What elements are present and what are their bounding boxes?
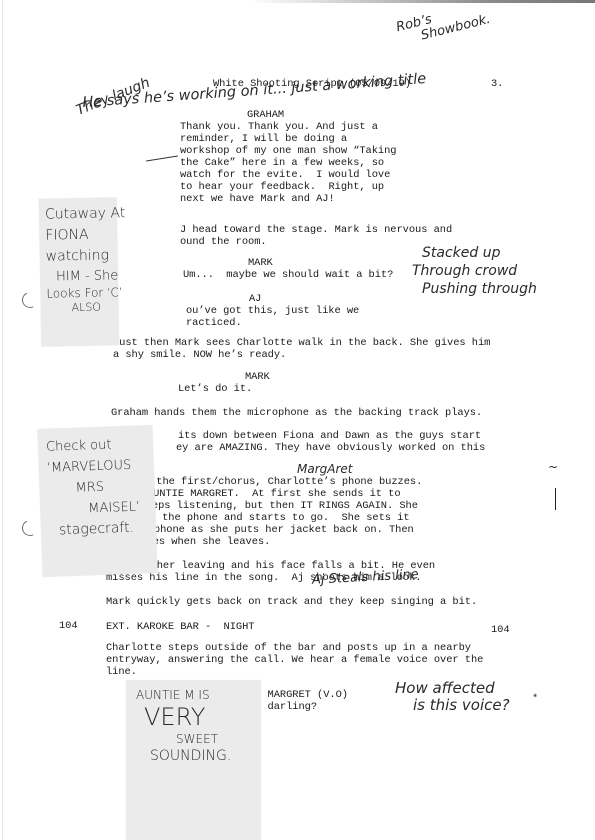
handwritten-voice-question: How affected is this voice? — [395, 680, 510, 714]
action-line: ey are AMAZING. They have obviously work… — [176, 443, 485, 455]
page-edge-shadow — [250, 0, 595, 3]
action-line: takes the phone and starts to go. She se… — [125, 513, 410, 525]
action-line: J head toward the stage. Mark is nervous… — [180, 225, 452, 237]
binder-hole — [20, 290, 41, 311]
character-cue-auntie: IE MARGRET (V.O) — [249, 690, 348, 702]
sticky-line: watching — [46, 245, 127, 267]
handwritten-margaret-correction: MargAret — [297, 462, 353, 476]
dialogue-mark: Um... maybe we should wait a bit? — [183, 270, 393, 282]
sticky-note-cutaway: Cutaway At FIONA watching HIM - She Look… — [39, 197, 120, 346]
dialogue-line: Thank you. Thank you. And just a — [180, 122, 378, 134]
sticky-line: ‘MARVELOUS — [46, 455, 138, 479]
handwritten-line: Pushing through — [412, 280, 537, 298]
action-line: Charlotte steps outside of the bar and p… — [106, 643, 471, 655]
dialogue-line: workshop of my one man show “Taking — [180, 146, 397, 158]
action-line: get to the first/chorus, Charlotte’s pho… — [113, 477, 422, 489]
dialogue-line: reminder, I will be doing a — [180, 134, 347, 146]
sticky-line: FIONA — [45, 224, 126, 246]
scene-number-left: 104 — [59, 621, 78, 633]
character-cue-aj: AJ — [249, 294, 261, 306]
action-line: ound the room. — [180, 237, 267, 249]
character-cue-mark: MARK — [248, 258, 273, 270]
action-line: Mark quickly gets back on track and they… — [106, 597, 477, 609]
action-line: nd keeps listening, but then IT RINGS AG… — [121, 501, 418, 513]
page-number: 3. — [491, 79, 503, 91]
dialogue-aj: racticed. — [186, 318, 242, 330]
sticky-line: ALSO — [47, 300, 128, 315]
sticky-line: SOUNDING. — [136, 746, 231, 766]
action-line: wn’s phone as she puts her jacket back o… — [123, 525, 414, 537]
sticky-line: SWEET — [136, 732, 231, 746]
action-line: line. — [106, 667, 137, 679]
page-left-edge — [2, 0, 3, 840]
handwritten-showbook-label: Rob’s Showbook. — [395, 0, 492, 49]
handwritten-line: is this voice? — [395, 697, 510, 714]
handwritten-staging-note: Stacked up Through crowd Pushing through — [412, 244, 537, 298]
dialogue-mark: Let’s do it. — [178, 384, 252, 396]
handwritten-line: How affected — [395, 680, 510, 697]
action-line: eads AUNTIE MARGRET. At first she sends … — [116, 489, 401, 501]
action-line: entryway, answering the call. We hear a … — [106, 655, 483, 667]
scene-number-right: 104 — [491, 625, 510, 637]
action-line: Just then Mark sees Charlotte walk in th… — [113, 338, 490, 350]
dialogue-line: next we have Mark and AJ! — [180, 194, 335, 206]
sticky-note-auntie: AUNTIE M IS VERY SWEET SOUNDING. — [126, 680, 261, 840]
action-line: Graham hands them the microphone as the … — [111, 408, 482, 420]
annotation-arrow-line — [146, 156, 178, 162]
dialogue-line: to hear your feedback. Right, up — [180, 182, 384, 194]
handwritten-working-title: He says he’s working on it... just a wor… — [82, 71, 427, 111]
character-cue-mark: MARK — [245, 372, 270, 384]
dialogue-aj: ou’ve got this, just like we — [186, 306, 359, 318]
sticky-note-maisel: Check out ‘MARVELOUS MRS MAISEL’ stagecr… — [37, 425, 157, 577]
handwritten-margin-squiggle: ~ — [548, 460, 558, 474]
sticky-note-text: Cutaway At FIONA watching HIM - She Look… — [45, 203, 127, 315]
revision-asterisk: * — [532, 694, 538, 706]
script-page: White Shooting Script (05/09/19) 3. GRAH… — [0, 0, 595, 840]
character-cue-graham: GRAHAM — [247, 110, 284, 122]
action-line: its down between Fiona and Dawn as the g… — [178, 431, 481, 443]
scene-heading: EXT. KAROKE BAR - NIGHT — [106, 622, 254, 634]
sticky-note-text: Check out ‘MARVELOUS MRS MAISEL’ stagecr… — [46, 434, 141, 542]
dialogue-line: watch for the evite. I would love — [180, 170, 390, 182]
margin-change-bar — [555, 488, 556, 510]
sticky-line: AUNTIE M IS — [136, 688, 231, 702]
dialogue-line: the Cake” here in a few weeks, so — [180, 158, 384, 170]
action-line: a shy smile. NOW he’s ready. — [113, 350, 286, 362]
sticky-line: VERY — [136, 702, 231, 732]
handwritten-line: Through crowd — [412, 262, 537, 280]
handwritten-line: Stacked up — [412, 244, 537, 262]
binder-hole — [20, 518, 41, 539]
sticky-line: HIM - She — [46, 266, 127, 286]
sticky-note-text: AUNTIE M IS VERY SWEET SOUNDING. — [136, 688, 231, 766]
sticky-line: Looks For ‘C’ — [46, 285, 127, 301]
sticky-line: stagecraft. — [49, 518, 141, 542]
sticky-line: Cutaway At — [45, 203, 126, 225]
